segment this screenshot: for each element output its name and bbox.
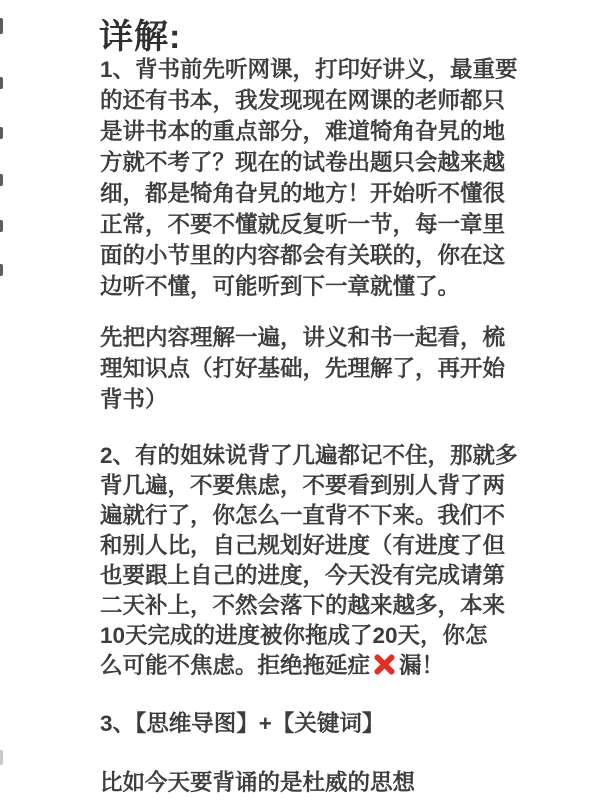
- text-line: 方就不考了？现在的试卷出题只会越来越: [100, 147, 518, 178]
- text-line: 和别人比，自己规划好进度（有进度了但: [100, 531, 518, 561]
- text-line: 细，都是犄角旮旯的地方！开始听不懂很: [100, 178, 518, 209]
- text-line: 遍就行了，你怎么一直背不下来。我们不: [100, 501, 518, 531]
- text-segment: 么可能不焦虑。拒绝拖延症: [100, 653, 370, 678]
- text-line: 二天补上，不然会落下的越来越多，本来: [100, 591, 518, 621]
- text-line: 边听不懂，可能听到下一章就懂了。: [100, 271, 518, 302]
- text-line: 正常，不要不懂就反复听一节，每一章里: [100, 209, 518, 240]
- left-edge-artifact: [0, 127, 3, 139]
- text-line: 是讲书本的重点部分，难道犄角旮旯的地: [100, 116, 518, 147]
- paragraph-1: 1、背书前先听网课，打印好讲义，最重要 的还有书本，我发现现在网课的老师都只 是…: [100, 54, 518, 302]
- left-edge-artifact: [0, 174, 3, 186]
- text-line: 10天完成的进度被你拖成了20天，你怎: [100, 621, 518, 651]
- paragraph-2: 先把内容理解一遍，讲义和书一起看，梳 理知识点（打好基础，先理解了，再开始 背书…: [100, 322, 505, 415]
- page-title: 详解:: [99, 9, 181, 58]
- text-line: 面的小节里的内容都会有关联的，你在这: [100, 240, 518, 271]
- text-line: 比如今天要背诵的是杜威的思想: [100, 767, 415, 798]
- text-segment: 漏！: [399, 653, 444, 678]
- text-line: 背书）: [100, 384, 505, 415]
- paragraph-3: 2、有的姐妹说背了几遍都记不住，那就多 背几遍，不要焦虑，不要看到别人背了两 遍…: [100, 441, 518, 681]
- text-line: 的还有书本，我发现现在网课的老师都只: [100, 85, 518, 116]
- left-edge-artifact: [0, 220, 3, 232]
- text-line: 也要跟上自己的进度，今天没有完成请第: [100, 561, 518, 591]
- text-line: 1、背书前先听网课，打印好讲义，最重要: [100, 54, 518, 85]
- text-line: 么可能不焦虑。拒绝拖延症漏！: [100, 651, 518, 681]
- text-line: 背几遍，不要焦虑，不要看到别人背了两: [100, 471, 518, 501]
- left-edge-artifact: [0, 18, 3, 34]
- left-edge-artifact: [0, 77, 3, 89]
- paragraph-5: 比如今天要背诵的是杜威的思想: [100, 767, 415, 798]
- red-cross-icon: [371, 651, 398, 678]
- text-line: 3、【思维导图】+【关键词】: [100, 708, 384, 739]
- paragraph-4: 3、【思维导图】+【关键词】: [100, 708, 384, 739]
- left-edge-artifact: [0, 264, 3, 276]
- notes-page: 详解: 1、背书前先听网课，打印好讲义，最重要 的还有书本，我发现现在网课的老师…: [0, 0, 600, 800]
- text-line: 2、有的姐妹说背了几遍都记不住，那就多: [100, 441, 518, 471]
- left-edge-artifact: [0, 750, 3, 765]
- text-line: 先把内容理解一遍，讲义和书一起看，梳: [100, 322, 505, 353]
- text-line: 理知识点（打好基础，先理解了，再开始: [100, 353, 505, 384]
